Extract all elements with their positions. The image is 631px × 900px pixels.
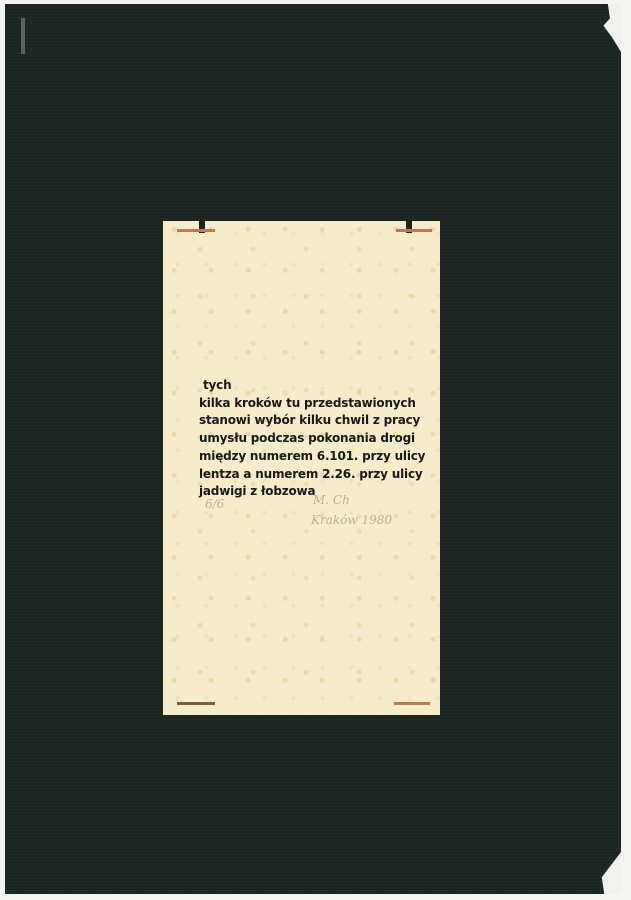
corner-mark-top-right <box>396 229 432 232</box>
corner-mark-bottom-left <box>177 702 215 705</box>
text-line: między numerem 6.101. przy ulicy <box>199 448 425 466</box>
edition-number: 6/6 <box>205 497 224 511</box>
scuff-mark <box>21 18 25 54</box>
text-line: lentza a numerem 2.26. przy ulicy <box>199 466 425 484</box>
text-line: tych <box>199 377 425 395</box>
torn-corner-top-right <box>599 4 621 52</box>
torn-corner-bottom-right <box>597 852 621 894</box>
text-line: kilka kroków tu przedstawionych <box>199 395 425 413</box>
printed-text-block: tychkilka kroków tu przedstawionychstano… <box>199 377 425 501</box>
text-line: stanowi wybór kilku chwil z pracy <box>199 412 425 430</box>
pencil-place-date: Kraków 1980 <box>311 513 392 527</box>
text-line: umysłu podczas pokonania drogi <box>199 430 425 448</box>
cream-card: tychkilka kroków tu przedstawionychstano… <box>163 221 440 715</box>
corner-mark-top-left <box>177 229 215 232</box>
corner-mark-bottom-right <box>394 702 430 705</box>
pencil-signature: M. Ch <box>313 493 350 507</box>
